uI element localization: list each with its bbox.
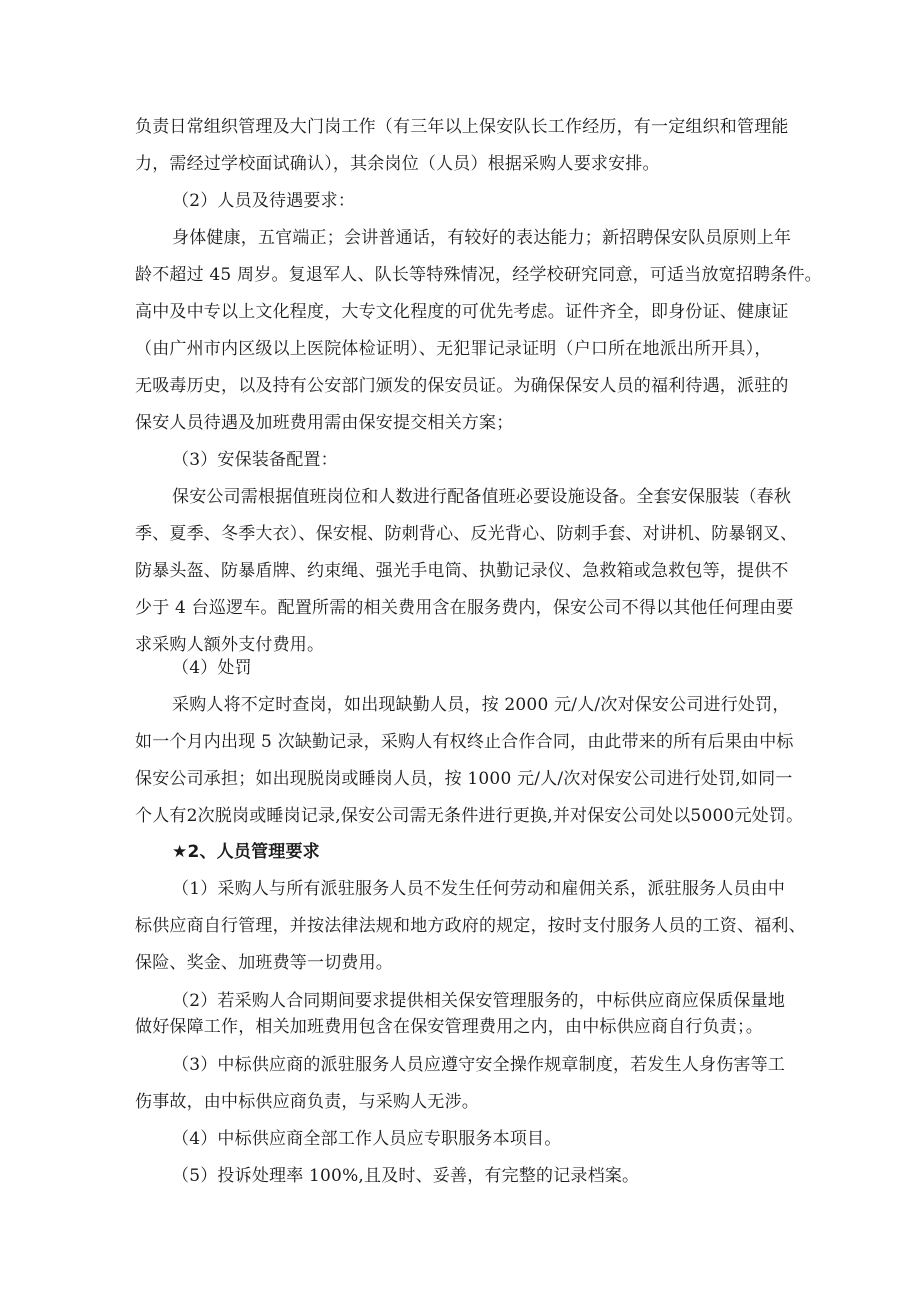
text-line: （由广州市内区级以上医院体检证明）、无犯罪记录证明（户口所在地派出所开具）， — [135, 338, 772, 360]
text-line: 高中及中专以上文化程度，大专文化程度的可优先考虑。证件齐全，即身份证、健康证 — [135, 301, 789, 323]
text-line: 负责日常组织管理及大门岗工作（有三年以上保安队长工作经历，有一定组织和管理能 — [135, 116, 789, 138]
text-line: 采购人将不定时查岗，如出现缺勤人员，按 2000 元/人/次对保安公司进行处罚， — [172, 694, 790, 716]
text-line: 防暴头盔、防暴盾牌、约束绳、强光手电筒、执勤记录仪、急救箱或急救包等，提供不 — [135, 560, 789, 582]
text-line: 做好保障工作，相关加班费用包含在保安管理费用之内，由中标供应商自行负责；。 — [135, 1016, 763, 1038]
text-line: （4）处罚 — [172, 657, 252, 679]
text-line: 标供应商自行管理，并按法律法规和地方政府的规定，按时支付服务人员的工资、福利、 — [135, 915, 806, 937]
text-line: 龄不超过 45 周岁。复退军人、队长等特殊情况，经学校研究同意，可适当放宽招聘条… — [135, 264, 822, 286]
text-line: 少于 4 台巡逻车。配置所需的相关费用含在服务费内，保安公司不得以其他任何理由要 — [135, 597, 794, 619]
text-line: （2）人员及待遇要求： — [172, 190, 355, 212]
text-line: （2）若采购人合同期间要求提供相关保安管理服务的，中标供应商应保质保量地 — [172, 990, 785, 1012]
text-line: （5）投诉处理率 100%,且及时、妥善，有完整的记录档案。 — [172, 1165, 639, 1187]
document-page: 负责日常组织管理及大门岗工作（有三年以上保安队长工作经历，有一定组织和管理能力，… — [0, 0, 920, 1301]
text-line: 保安人员待遇及加班费用需由保安提交相关方案； — [135, 412, 513, 434]
text-line: 力，需经过学校面试确认），其余岗位（人员）根据采购人要求安排。 — [135, 153, 660, 175]
text-line: 伤事故，由中标供应商负责，与采购人无涉。 — [135, 1091, 479, 1113]
text-line: 季、夏季、冬季大衣）、保安棍、防刺背心、反光背心、防刺手套、对讲机、防暴钢叉、 — [135, 523, 797, 545]
text-line: 身体健康，五官端正；会讲普通话，有较好的表达能力；新招聘保安队员原则上年 — [172, 227, 791, 249]
text-line: （3）安保装备配置： — [172, 449, 338, 471]
text-line: （3）中标供应商的派驻服务人员应遵守安全操作规章制度，若发生人身伤害等工 — [172, 1054, 785, 1076]
text-line: （1）采购人与所有派驻服务人员不发生任何劳动和雇佣关系，派驻服务人员由中 — [172, 878, 785, 900]
section-heading: ★2、人员管理要求 — [172, 841, 320, 863]
text-line: 无吸毒历史，以及持有公安部门颁发的保安员证。为确保保安人员的福利待遇，派驻的 — [135, 375, 789, 397]
text-line: 保安公司需根据值班岗位和人数进行配备值班必要设施设备。全套安保服装（春秋 — [172, 486, 791, 508]
text-line: 个人有2次脱岗或睡岗记录,保安公司需无条件进行更换,并对保安公司处以5000元处… — [135, 805, 803, 827]
text-line: 如一个月内出现 5 次缺勤记录，采购人有权终止合作合同，由此带来的所有后果由中标 — [135, 731, 794, 753]
text-line: 保安公司承担；如出现脱岗或睡岗人员，按 1000 元/人/次对保安公司进行处罚,… — [135, 768, 793, 790]
text-line: （4）中标供应商全部工作人员应专职服务本项目。 — [172, 1128, 561, 1150]
text-line: 保险、奖金、加班费等一切费用。 — [135, 952, 393, 974]
text-line: 求采购人额外支付费用。 — [135, 634, 324, 656]
